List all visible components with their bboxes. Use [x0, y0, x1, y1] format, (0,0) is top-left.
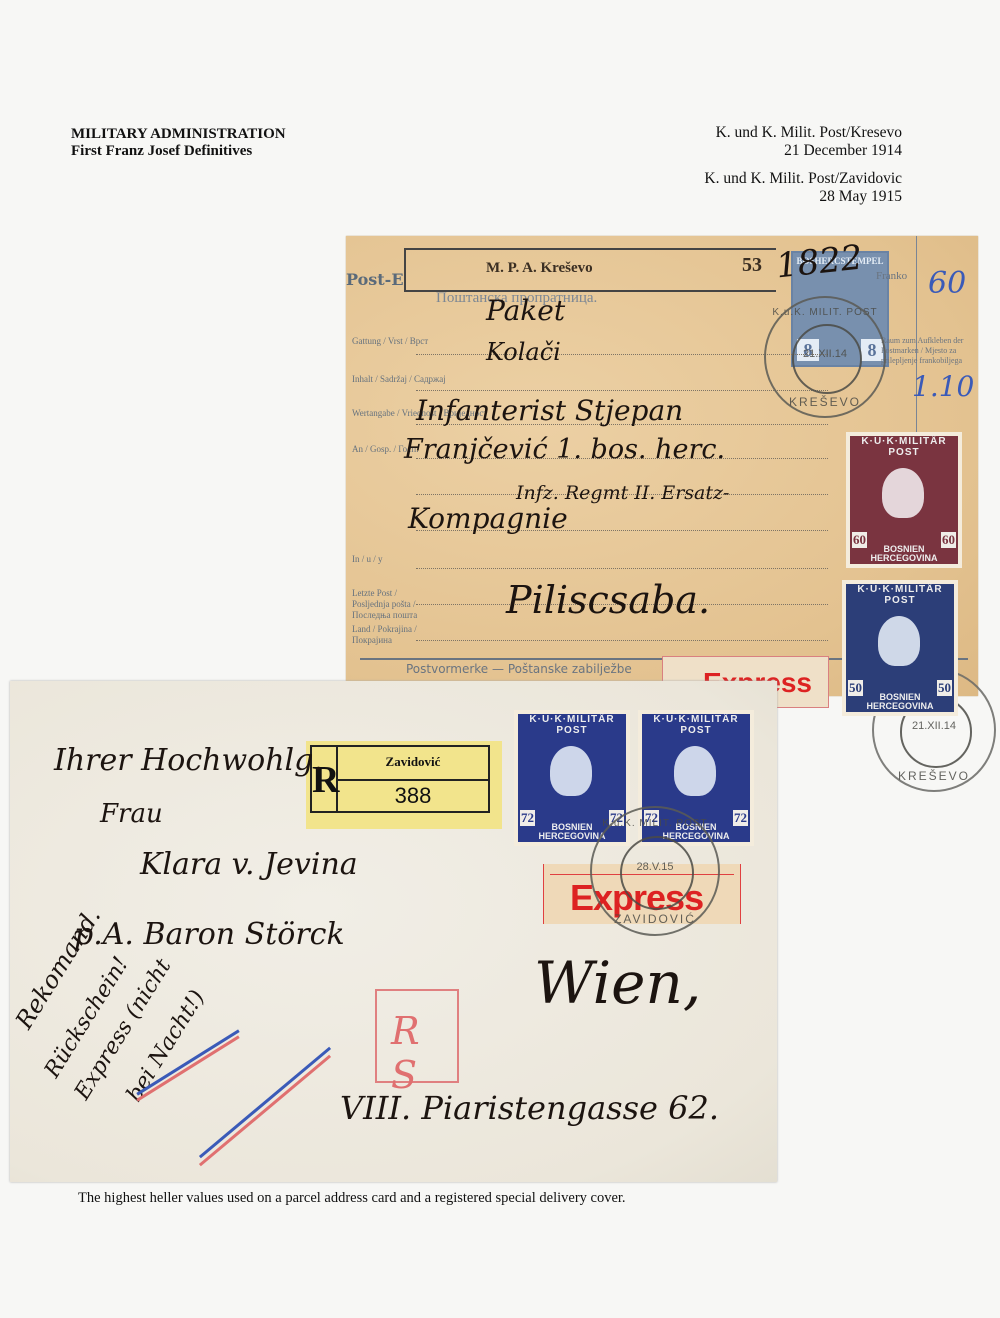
cancel-top-text: K.u.K. MILIT. POST	[766, 307, 884, 318]
stamp-space-text: Raum zum Aufkleben der Postmarken / Mjes…	[881, 336, 976, 366]
address-line: Paket	[486, 294, 565, 327]
box-number: 53	[742, 254, 762, 277]
stamp-country: BOSNIEN HERCEGOVINA	[850, 545, 958, 563]
cancel-place: KREŠEVO	[766, 395, 884, 409]
cancel-date: 21.XII.14	[766, 348, 884, 360]
cancel-place: KREŠEVO	[874, 769, 994, 783]
registration-label: R Zavidović 388	[306, 741, 502, 829]
office-box: M. P. A. Kreševo	[404, 248, 776, 292]
postmark-2-date: 28 May 1915	[704, 188, 902, 206]
dotted-line	[416, 640, 828, 641]
field-label-land: Land / Pokrajina / Покрајина	[352, 624, 422, 646]
dotted-line	[416, 568, 828, 569]
form-title: Post-E	[346, 270, 404, 289]
page-header-left: MILITARY ADMINISTRATION First Franz Jose…	[71, 126, 286, 160]
field-label-contents: Inhalt / Sadržaj / Садржај	[352, 374, 446, 385]
red-crayon-mark: R S	[391, 1009, 457, 1097]
red-underline	[199, 1055, 331, 1167]
stamp-inscription: K·U·K·MILITÄR POST	[846, 584, 954, 606]
portrait-icon	[662, 740, 730, 804]
field-label-last-post: Letzte Post / Posljednja pošta / Последњ…	[352, 588, 422, 621]
address-line: Infanterist Stjepan	[416, 394, 683, 427]
stamp-country: BOSNIEN HERCEGOVINA	[846, 693, 954, 711]
stamp-50h: K·U·K·MILITÄR POST 50 50 BOSNIEN HERCEGO…	[842, 580, 958, 716]
field-label-kind: Gattung / Vrst / Врст	[352, 336, 428, 347]
address-line: VIII. Piaristengasse 62.	[340, 1089, 719, 1127]
page-header-right: K. und K. Milit. Post/Kresevo 21 Decembe…	[704, 124, 902, 216]
registration-office: Zavidović	[338, 747, 488, 781]
cancel-zavidovic: K.u.K. MILIT. POST 28.V.15 ZAVIDOVIĆ	[590, 806, 720, 936]
page-caption: The highest heller values used on a parc…	[78, 1190, 626, 1207]
postmark-1-date: 21 December 1914	[704, 142, 902, 160]
portrait-icon	[866, 610, 934, 674]
address-line: Franjčević 1. bos. herc.	[404, 434, 725, 465]
dotted-line	[416, 390, 828, 391]
stamp-60h: K·U·K·MILITÄR POST 60 60 BOSNIEN HERCEGO…	[846, 432, 962, 568]
registration-number: 388	[338, 779, 488, 811]
cancel-date: 21.XII.14	[874, 720, 994, 732]
portrait-icon	[870, 462, 938, 526]
franko-label: Franko	[876, 270, 907, 282]
red-crayon-box: R S	[375, 989, 459, 1083]
address-line: Kolači	[486, 338, 561, 366]
stamp-inscription: K·U·K·MILITÄR POST	[850, 436, 958, 458]
portrait-icon	[538, 740, 606, 804]
handwritten-fee-60: 60	[928, 266, 966, 301]
cancel-kresevo: K.u.K. MILIT. POST 21.XII.14 KREŠEVO	[764, 296, 886, 418]
stamp-inscription: K·U·K·MILITÄR POST	[642, 714, 750, 736]
cancel-top-text: K.u.K. MILIT. POST	[592, 818, 718, 829]
cancel-date: 28.V.15	[592, 861, 718, 873]
address-line: Wien,	[534, 949, 701, 1017]
handwritten-fee-total: 1.10	[912, 370, 974, 403]
address-line: Frau	[100, 799, 163, 829]
address-line: Infz. Regmt II. Ersatz-	[516, 482, 729, 504]
address-line: Ihrer Hochwohlg.	[54, 743, 323, 778]
address-line: p.A. Baron Störck	[74, 917, 345, 952]
page-subtitle: First Franz Josef Definitives	[71, 143, 286, 160]
postmark-1-office: K. und K. Milit. Post/Kresevo	[704, 124, 902, 142]
postmark-2-office: K. und K. Milit. Post/Zavidovic	[704, 170, 902, 188]
address-line: Kompagnie	[408, 502, 568, 535]
office-name: M. P. A. Kreševo	[486, 260, 593, 277]
blue-underline	[199, 1047, 331, 1159]
page-title: MILITARY ADMINISTRATION	[71, 126, 286, 143]
address-line: Piliscsaba.	[506, 578, 710, 622]
cancel-place: ZAVIDOVIĆ	[592, 912, 718, 926]
stamp-inscription: K·U·K·MILITÄR POST	[518, 714, 626, 736]
address-line: Klara v. Jevina	[140, 847, 358, 882]
post-notes-label: Postvormerke — Poštanske zabilježbe	[406, 662, 632, 676]
field-label-in: In / u / у	[352, 554, 383, 565]
